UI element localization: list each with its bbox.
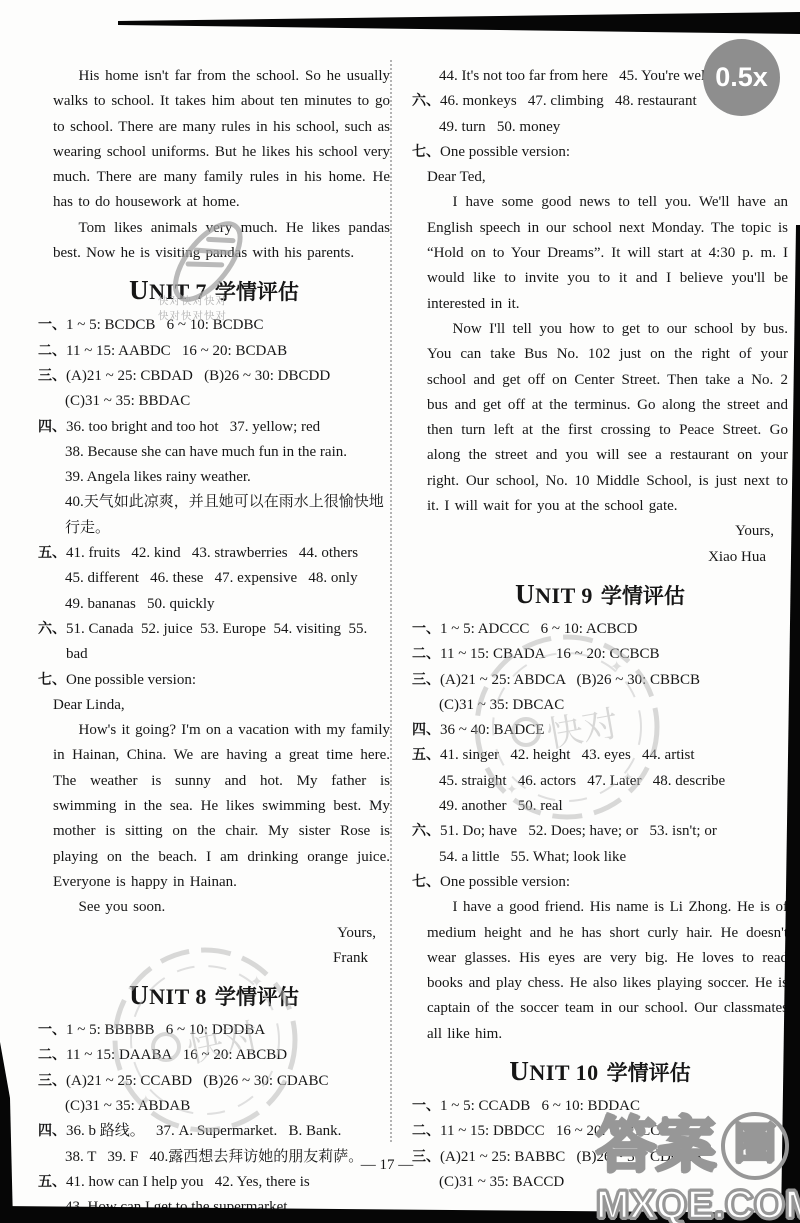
answer-text: 1 ~ 5: BBBBB 6 ~ 10: DDDBA bbox=[66, 1018, 390, 1043]
unit7-sample-letter: Dear Linda,How's it going? I'm on a vaca… bbox=[38, 693, 390, 971]
answer-line: (C)31 ~ 35: BACCD bbox=[412, 1170, 788, 1195]
text-line: Now I'll tell you how to get to our scho… bbox=[427, 317, 788, 519]
zoom-level-badge: 0.5x bbox=[703, 39, 780, 116]
answer-line: 三、(A)21 ~ 25: BABBC (B)26 ~ 30: CDCAB bbox=[412, 1145, 788, 1170]
section-number bbox=[38, 592, 65, 617]
answer-line: 二、11 ~ 15: DBDCC 16 ~ 20: CDCCC bbox=[412, 1119, 788, 1144]
answer-line: 四、36. b 路线。 37. A. Supermarket. B. Bank. bbox=[38, 1119, 390, 1144]
answer-text: 49. bananas 50. quickly bbox=[65, 592, 390, 617]
answer-text: 1 ~ 5: CCADB 6 ~ 10: BDDAC bbox=[440, 1094, 788, 1119]
answer-line: 七、One possible version: bbox=[412, 140, 788, 165]
answer-text: 36. too bright and too hot 37. yellow; r… bbox=[66, 415, 390, 440]
section-number bbox=[38, 1145, 65, 1170]
page-number: — 17 — bbox=[322, 1157, 452, 1174]
unit8-answers: 一、1 ~ 5: BBBBB 6 ~ 10: DDDBA二、11 ~ 15: D… bbox=[38, 1018, 390, 1220]
answer-line: 五、41. fruits 42. kind 43. strawberries 4… bbox=[38, 541, 390, 566]
unit8-heading: UNIT 8学情评估 bbox=[38, 980, 390, 1011]
answer-line: 一、1 ~ 5: BBBBB 6 ~ 10: DDDBA bbox=[38, 1018, 390, 1043]
answer-line: 六、51. Canada 52. juice 53. Europe 54. vi… bbox=[38, 617, 390, 668]
answer-text: 54. a little 55. What; look like bbox=[439, 845, 788, 870]
unit7-title-en: UNIT 7 bbox=[129, 275, 207, 306]
answer-text: 40.天气如此凉爽，并且她可以在雨水上很愉快地行走。 bbox=[65, 490, 390, 541]
text-line: Dear Ted, bbox=[427, 165, 788, 190]
answer-text: 11 ~ 15: DAABA 16 ~ 20: ABCBD bbox=[66, 1043, 390, 1068]
section-number bbox=[412, 769, 439, 794]
section-number: 五、 bbox=[38, 541, 66, 566]
answer-text: One possible version: bbox=[440, 870, 788, 895]
section-number: 四、 bbox=[412, 718, 440, 743]
answer-line: 四、36 ~ 40: BADCE bbox=[412, 718, 788, 743]
unit9-sample-essay: I have a good friend. His name is Li Zho… bbox=[412, 895, 788, 1047]
text-line: His home isn't far from the school. So h… bbox=[53, 64, 390, 216]
answer-line: 49. another 50. real bbox=[412, 794, 788, 819]
text-line: See you soon. bbox=[53, 895, 390, 920]
answer-line: 七、One possible version: bbox=[412, 870, 788, 895]
answer-text: 43. How can I get to the supermarket bbox=[65, 1195, 390, 1220]
answer-line: 一、1 ~ 5: CCADB 6 ~ 10: BDDAC bbox=[412, 1094, 788, 1119]
answer-line: (C)31 ~ 35: BBDAC bbox=[38, 389, 390, 414]
unit10-heading: UNIT 10学情评估 bbox=[412, 1056, 788, 1087]
text-line: I have some good news to tell you. We'll… bbox=[427, 190, 788, 316]
answer-line: 七、One possible version: bbox=[38, 668, 390, 693]
text-line: How's it going? I'm on a vacation with m… bbox=[53, 718, 390, 895]
answer-line: 三、(A)21 ~ 25: ABDCA (B)26 ~ 30: CBBCB bbox=[412, 668, 788, 693]
answer-line: 五、41. singer 42. height 43. eyes 44. art… bbox=[412, 743, 788, 768]
text-line: Xiao Hua bbox=[412, 545, 788, 570]
answer-text: 45. different 46. these 47. expensive 48… bbox=[65, 566, 390, 591]
section-number bbox=[38, 465, 65, 490]
answer-line: 49. bananas 50. quickly bbox=[38, 592, 390, 617]
answer-text: 41. singer 42. height 43. eyes 44. artis… bbox=[440, 743, 788, 768]
section-number: 五、 bbox=[412, 743, 440, 768]
section-number: 一、 bbox=[412, 617, 440, 642]
section-number: 二、 bbox=[38, 1043, 66, 1068]
answer-line: 38. Because she can have much fun in the… bbox=[38, 440, 390, 465]
answer-text: 1 ~ 5: ADCCC 6 ~ 10: ACBCD bbox=[440, 617, 788, 642]
unit10-title-cn: 学情评估 bbox=[607, 1061, 691, 1085]
answer-line: 45. straight 46. actors 47. Later 48. de… bbox=[412, 769, 788, 794]
section-number bbox=[38, 389, 65, 414]
unit8-title-cn: 学情评估 bbox=[215, 985, 299, 1009]
reading-passage: His home isn't far from the school. So h… bbox=[38, 64, 390, 266]
answer-text: One possible version: bbox=[66, 668, 390, 693]
section-number: 六、 bbox=[412, 819, 440, 844]
section-number: 六、 bbox=[412, 89, 440, 114]
answer-text: 41. fruits 42. kind 43. strawberries 44.… bbox=[66, 541, 390, 566]
answer-text: 51. Do; have 52. Does; have; or 53. isn'… bbox=[440, 819, 788, 844]
section-number bbox=[38, 566, 65, 591]
section-number: 五、 bbox=[38, 1170, 66, 1195]
answer-text: (C)31 ~ 35: ABDAB bbox=[65, 1094, 390, 1119]
unit9-title-en: UNIT 9 bbox=[515, 579, 593, 610]
answer-line: 三、(A)21 ~ 25: CCABD (B)26 ~ 30: CDABC bbox=[38, 1069, 390, 1094]
answer-text: 11 ~ 15: AABDC 16 ~ 20: BCDAB bbox=[66, 339, 390, 364]
text-line: Frank bbox=[38, 946, 390, 971]
answer-text: 38. Because she can have much fun in the… bbox=[65, 440, 390, 465]
section-number bbox=[412, 794, 439, 819]
answer-line: 二、11 ~ 15: AABDC 16 ~ 20: BCDAB bbox=[38, 339, 390, 364]
answer-line: 三、(A)21 ~ 25: CBDAD (B)26 ~ 30: DBCDD bbox=[38, 364, 390, 389]
section-number bbox=[38, 440, 65, 465]
unit7-title-cn: 学情评估 bbox=[215, 280, 299, 304]
answer-line: 49. turn 50. money bbox=[412, 115, 788, 140]
section-number: 二、 bbox=[38, 339, 66, 364]
unit8-sample-letter: Dear Ted,I have some good news to tell y… bbox=[412, 165, 788, 570]
section-number: 一、 bbox=[38, 1018, 66, 1043]
answer-line: 一、1 ~ 5: BCDCB 6 ~ 10: BCDBC bbox=[38, 313, 390, 338]
text-line: Yours, bbox=[38, 921, 390, 946]
section-number: 三、 bbox=[38, 1069, 66, 1094]
unit9-title-cn: 学情评估 bbox=[601, 584, 685, 608]
unit10-title-en: UNIT 10 bbox=[509, 1056, 598, 1087]
text-line: I have a good friend. His name is Li Zho… bbox=[427, 895, 788, 1047]
scanned-answer-key-page: His home isn't far from the school. So h… bbox=[0, 0, 800, 1223]
text-line: Dear Linda, bbox=[53, 693, 390, 718]
section-number: 三、 bbox=[412, 668, 440, 693]
section-number bbox=[412, 693, 439, 718]
answer-text: (A)21 ~ 25: CBDAD (B)26 ~ 30: DBCDD bbox=[66, 364, 390, 389]
section-number: 一、 bbox=[38, 313, 66, 338]
answer-line: 二、11 ~ 15: CBADA 16 ~ 20: CCBCB bbox=[412, 642, 788, 667]
answer-text: (A)21 ~ 25: CCABD (B)26 ~ 30: CDABC bbox=[66, 1069, 390, 1094]
unit8-title-en: UNIT 8 bbox=[129, 980, 207, 1011]
section-number: 七、 bbox=[412, 870, 440, 895]
answer-line: 四、36. too bright and too hot 37. yellow;… bbox=[38, 415, 390, 440]
section-number bbox=[38, 490, 65, 541]
right-column: 44. It's not too far from here 45. You'r… bbox=[412, 64, 788, 1195]
answer-line: (C)31 ~ 35: ABDAB bbox=[38, 1094, 390, 1119]
answer-text: 11 ~ 15: DBDCC 16 ~ 20: CDCCC bbox=[440, 1119, 788, 1144]
answer-text: (C)31 ~ 35: DBCAC bbox=[439, 693, 788, 718]
section-number: 七、 bbox=[38, 668, 66, 693]
text-line: Tom likes animals very much. He likes pa… bbox=[53, 216, 390, 267]
section-number: 四、 bbox=[38, 1119, 66, 1144]
answer-text: 51. Canada 52. juice 53. Europe 54. visi… bbox=[66, 617, 390, 668]
answer-text: 1 ~ 5: BCDCB 6 ~ 10: BCDBC bbox=[66, 313, 390, 338]
answer-text: 45. straight 46. actors 47. Later 48. de… bbox=[439, 769, 788, 794]
answer-text: (A)21 ~ 25: BABBC (B)26 ~ 30: CDCAB bbox=[440, 1145, 788, 1170]
section-number: 六、 bbox=[38, 617, 66, 668]
answer-text: 36 ~ 40: BADCE bbox=[440, 718, 788, 743]
answer-text: 39. Angela likes rainy weather. bbox=[65, 465, 390, 490]
section-number: 三、 bbox=[38, 364, 66, 389]
answer-line: 45. different 46. these 47. expensive 48… bbox=[38, 566, 390, 591]
section-number bbox=[412, 845, 439, 870]
section-number bbox=[38, 1195, 65, 1220]
unit9-heading: UNIT 9学情评估 bbox=[412, 579, 788, 610]
unit7-answers: 一、1 ~ 5: BCDCB 6 ~ 10: BCDBC二、11 ~ 15: A… bbox=[38, 313, 390, 692]
answer-text: (C)31 ~ 35: BBDAC bbox=[65, 389, 390, 414]
column-divider bbox=[390, 60, 392, 1142]
answer-line: 40.天气如此凉爽，并且她可以在雨水上很愉快地行走。 bbox=[38, 490, 390, 541]
section-number bbox=[412, 115, 439, 140]
section-number: 七、 bbox=[412, 140, 440, 165]
answer-text: One possible version: bbox=[440, 140, 788, 165]
section-number: 一、 bbox=[412, 1094, 440, 1119]
answer-text: 49. turn 50. money bbox=[439, 115, 788, 140]
unit10-answers: 一、1 ~ 5: CCADB 6 ~ 10: BDDAC二、11 ~ 15: D… bbox=[412, 1094, 788, 1195]
answer-line: (C)31 ~ 35: DBCAC bbox=[412, 693, 788, 718]
answer-line: 39. Angela likes rainy weather. bbox=[38, 465, 390, 490]
section-number: 二、 bbox=[412, 642, 440, 667]
answer-text: (C)31 ~ 35: BACCD bbox=[439, 1170, 788, 1195]
answer-text: 49. another 50. real bbox=[439, 794, 788, 819]
section-number: 二、 bbox=[412, 1119, 440, 1144]
answer-line: 一、1 ~ 5: ADCCC 6 ~ 10: ACBCD bbox=[412, 617, 788, 642]
section-number bbox=[38, 1094, 65, 1119]
text-line: Yours, bbox=[412, 519, 788, 544]
left-column: His home isn't far from the school. So h… bbox=[38, 64, 390, 1220]
answer-line: 43. How can I get to the supermarket bbox=[38, 1195, 390, 1220]
section-number bbox=[412, 64, 439, 89]
unit7-heading: UNIT 7学情评估 bbox=[38, 275, 390, 306]
answer-text: 36. b 路线。 37. A. Supermarket. B. Bank. bbox=[66, 1119, 390, 1144]
answer-line: 54. a little 55. What; look like bbox=[412, 845, 788, 870]
answer-text: 11 ~ 15: CBADA 16 ~ 20: CCBCB bbox=[440, 642, 788, 667]
section-number: 四、 bbox=[38, 415, 66, 440]
answer-line: 二、11 ~ 15: DAABA 16 ~ 20: ABCBD bbox=[38, 1043, 390, 1068]
answer-text: (A)21 ~ 25: ABDCA (B)26 ~ 30: CBBCB bbox=[440, 668, 788, 693]
answer-line: 六、51. Do; have 52. Does; have; or 53. is… bbox=[412, 819, 788, 844]
unit9-answers: 一、1 ~ 5: ADCCC 6 ~ 10: ACBCD二、11 ~ 15: C… bbox=[412, 617, 788, 895]
